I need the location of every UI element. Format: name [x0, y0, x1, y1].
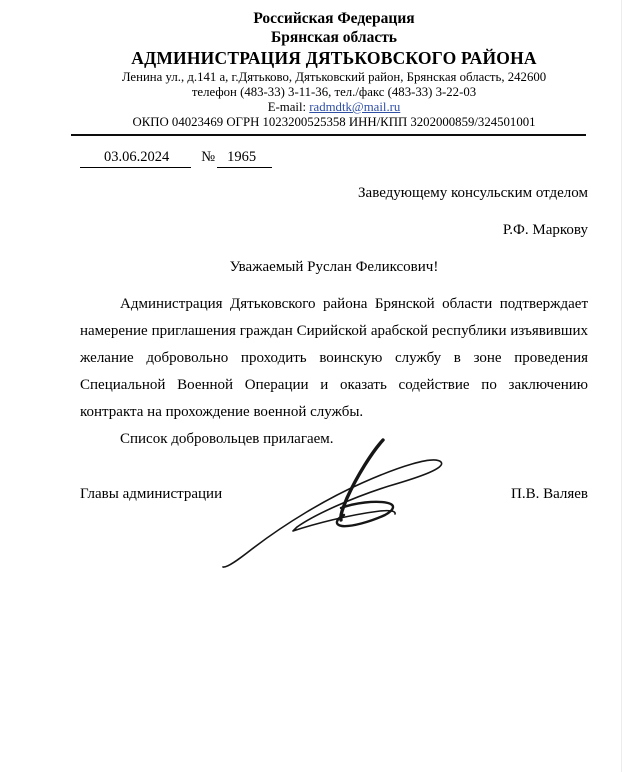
letter-number: 1965	[217, 149, 272, 168]
letterhead-divider	[71, 134, 586, 136]
signature-block: Главы администрации П.В. Валяев	[80, 486, 588, 503]
addressee-name: Р.Ф. Маркову	[80, 221, 588, 239]
email-line: E-mail: radmdtk@mail.ru	[80, 100, 588, 115]
email-link[interactable]: radmdtk@mail.ru	[309, 100, 400, 114]
salutation: Уважаемый Руслан Феликсович!	[80, 259, 588, 276]
email-label: E-mail:	[268, 100, 310, 114]
signatory-name: П.В. Валяев	[511, 486, 588, 503]
body-paragraph-1: Администрация Дятьковского района Брянск…	[80, 291, 588, 426]
letter-page: Российская Федерация Брянская область АД…	[0, 0, 622, 772]
handwritten-signature	[218, 434, 450, 572]
addressee-position: Заведующему консульским отделом	[80, 184, 588, 202]
signature-row: Главы администрации П.В. Валяев	[80, 486, 588, 503]
region-title: Брянская область	[80, 28, 588, 47]
phone-fax-line: телефон (483-33) 3-11-36, тел./факс (483…	[80, 85, 588, 100]
letterhead: Российская Федерация Брянская область АД…	[80, 9, 588, 130]
signatory-position: Главы администрации	[80, 486, 222, 503]
registry-codes: ОКПО 04023469 ОГРН 1023200525358 ИНН/КПП…	[80, 115, 588, 130]
body-paragraph-2: Список добровольцев прилагаем.	[80, 426, 588, 453]
letter-date: 03.06.2024	[80, 149, 191, 168]
organization-title: АДМИНИСТРАЦИЯ ДЯТЬКОВСКОГО РАЙОНА	[80, 47, 588, 70]
letter-content: Российская Федерация Брянская область АД…	[0, 0, 622, 503]
addressee-block: Заведующему консульским отделом Р.Ф. Мар…	[80, 184, 588, 239]
reference-line: 03.06.2024№1965	[80, 149, 588, 166]
postal-address: Ленина ул., д.141 а, г.Дятьково, Дятьков…	[80, 70, 588, 85]
letter-body: Администрация Дятьковского района Брянск…	[80, 291, 588, 453]
number-sign: №	[191, 149, 217, 165]
country-title: Российская Федерация	[80, 9, 588, 28]
